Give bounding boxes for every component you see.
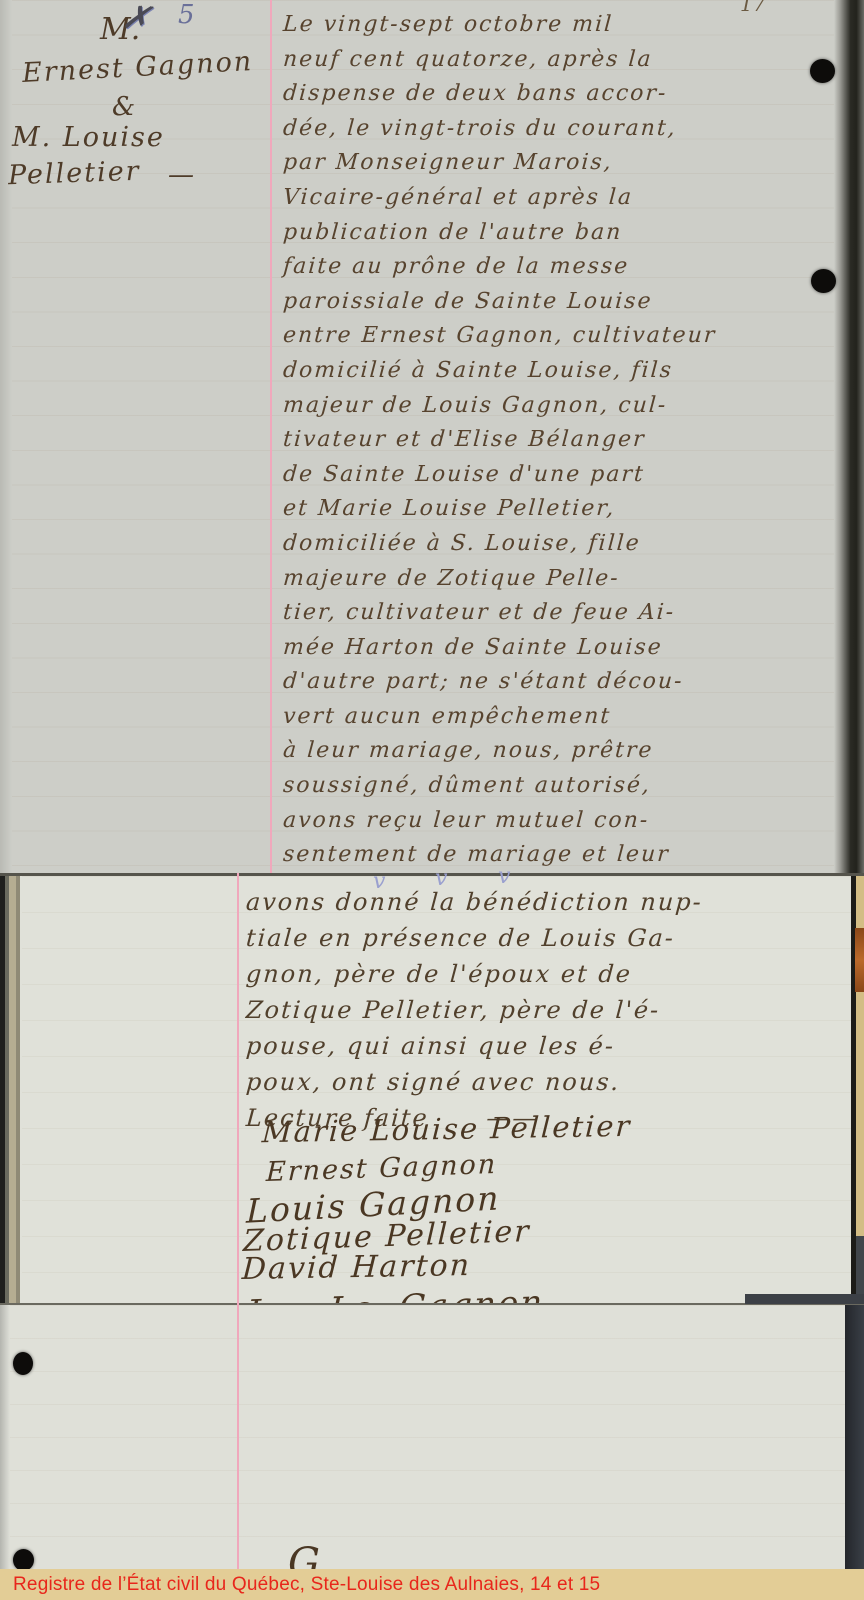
act-line: pouse, qui ainsi que les é- bbox=[245, 1028, 848, 1064]
act-line: mée Harton de Sainte Louise bbox=[282, 631, 846, 666]
register-scan-page: M. ✗ 5 Ernest Gagnon & M. Louise Pelleti… bbox=[0, 0, 864, 1600]
page-edge-stain bbox=[855, 928, 864, 992]
margin-dash: — bbox=[168, 160, 194, 190]
margin-rule-line bbox=[237, 873, 239, 1303]
act-line: d'autre part; ne s'étant décou- bbox=[282, 665, 846, 700]
scan-seam-shadow bbox=[745, 1294, 864, 1304]
act-line: Vicaire-général et après la bbox=[282, 181, 846, 216]
act-line: poux, ont signé avec nous. bbox=[245, 1064, 848, 1100]
act-line: tier, cultivateur et de feue Ai- bbox=[282, 596, 846, 631]
signature: David Harton bbox=[241, 1248, 472, 1287]
act-line: domicilié à Sainte Louise, fils bbox=[282, 354, 846, 389]
act-line: à leur mariage, nous, prêtre bbox=[282, 734, 846, 769]
punch-hole bbox=[13, 1352, 33, 1375]
act-text-right-page: avons donné la bénédiction nup-tiale en … bbox=[246, 884, 846, 1136]
act-line: par Monseigneur Marois, bbox=[282, 146, 846, 181]
margin-rule-line bbox=[237, 1303, 239, 1569]
act-line: vert aucun empêchement bbox=[282, 700, 846, 735]
check-mark: v bbox=[498, 864, 510, 889]
act-line: Le vingt-sept octobre mil bbox=[282, 8, 846, 43]
act-line: domiciliée à S. Louise, fille bbox=[282, 527, 846, 562]
act-line: majeur de Louis Gagnon, cul- bbox=[282, 389, 846, 424]
act-number: 5 bbox=[178, 0, 195, 30]
act-line: publication de l'autre ban bbox=[282, 216, 846, 251]
margin-groom-name: Ernest Gagnon bbox=[21, 46, 254, 89]
act-line: paroissiale de Sainte Louise bbox=[282, 285, 846, 320]
act-line: soussigné, dûment autorisé, bbox=[282, 769, 846, 804]
act-line: neuf cent quatorze, après la bbox=[282, 43, 846, 78]
scan-left-edge bbox=[0, 1305, 10, 1571]
check-mark: v bbox=[373, 869, 385, 894]
act-line: et Marie Louise Pelletier, bbox=[282, 492, 846, 527]
act-line: de Sainte Louise d'une part bbox=[282, 458, 846, 493]
act-line: gnon, père de l'époux et de bbox=[245, 956, 848, 992]
act-line: faite au prône de la messe bbox=[282, 250, 846, 285]
punch-hole bbox=[13, 1549, 34, 1571]
act-line: avons reçu leur mutuel con- bbox=[282, 804, 846, 839]
act-line: avons donné la bénédiction nup- bbox=[245, 884, 848, 920]
act-line: dispense de deux bans accor- bbox=[282, 77, 846, 112]
margin-rule-line bbox=[270, 0, 272, 873]
act-line: tivateur et d'Elise Bélanger bbox=[282, 423, 846, 458]
scan-strip-bottom bbox=[0, 1303, 864, 1571]
book-spine-edge bbox=[0, 876, 22, 1306]
punch-hole bbox=[811, 269, 836, 293]
margin-ampersand: & bbox=[112, 92, 135, 122]
book-gutter-shadow bbox=[845, 1305, 864, 1571]
strikeout-mark: ✗ bbox=[119, 0, 153, 40]
act-line: dée, le vingt-trois du courant, bbox=[282, 112, 846, 147]
act-line: majeure de Zotique Pelle- bbox=[282, 562, 846, 597]
scan-strip-top: M. ✗ 5 Ernest Gagnon & M. Louise Pelleti… bbox=[0, 0, 864, 873]
punch-hole bbox=[810, 59, 835, 83]
check-mark: v bbox=[435, 866, 447, 891]
margin-bride-name-line1: M. Louise bbox=[12, 122, 165, 153]
caption-bar: Registre de l’État civil du Québec, Ste-… bbox=[0, 1569, 864, 1600]
signature: Marie Louise Pelletier bbox=[261, 1109, 632, 1149]
act-line: entre Ernest Gagnon, cultivateur bbox=[282, 319, 846, 354]
margin-annotation: M. ✗ 5 Ernest Gagnon & M. Louise Pelleti… bbox=[0, 0, 265, 260]
act-line: sentement de mariage et leur bbox=[282, 838, 846, 873]
act-line: Zotique Pelletier, père de l'é- bbox=[245, 992, 848, 1028]
act-line: tiale en présence de Louis Ga- bbox=[245, 920, 848, 956]
margin-bride-name-line2: Pelletier bbox=[7, 156, 141, 192]
act-text-left-page: Le vingt-sept octobre milneuf cent quato… bbox=[283, 8, 845, 873]
caption-text: Registre de l’État civil du Québec, Ste-… bbox=[0, 1574, 600, 1596]
